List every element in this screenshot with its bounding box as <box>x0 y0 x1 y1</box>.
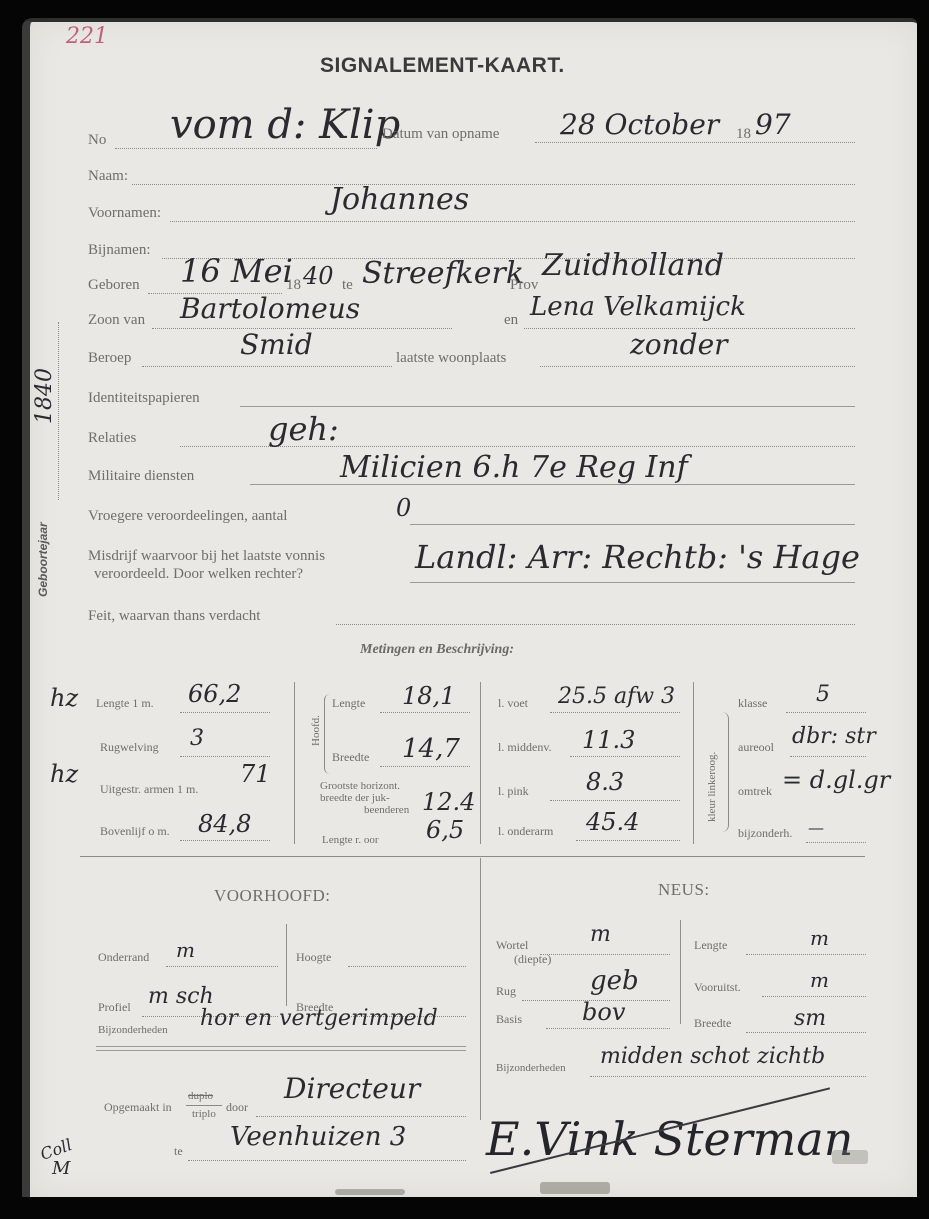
ink-smudge <box>335 1189 405 1195</box>
hoofd-label: Hoofd. <box>310 715 322 746</box>
footer-te-label: te <box>174 1144 183 1159</box>
year-prefix: 18 <box>736 126 751 143</box>
bovenlijf-line <box>180 840 270 841</box>
door-label: door <box>226 1100 248 1115</box>
neus-lengte-value: m <box>810 926 829 950</box>
woonplaats-line <box>540 366 855 367</box>
middenv-value: 11.3 <box>582 726 635 754</box>
neus-heading: NEUS: <box>658 880 710 900</box>
klasse-label: klasse <box>738 696 767 711</box>
duplo-label: duplo <box>188 1090 213 1102</box>
triplo-label: triplo <box>192 1108 216 1120</box>
geboren-day: 16 Mei <box>180 252 293 290</box>
pink-line <box>550 800 680 801</box>
woonplaats-label: laatste woonplaats <box>396 350 506 367</box>
omtrek-value: = d.gl.gr <box>782 766 890 794</box>
wortel-label: Wortel <box>496 938 528 953</box>
aureool-value: dbr: str <box>792 724 876 749</box>
corner-note-2: M <box>52 1158 70 1179</box>
omtrek-label: omtrek <box>738 784 772 799</box>
pink-value: 8.3 <box>586 768 624 796</box>
militaire-label: Militaire diensten <box>88 468 194 485</box>
woonplaats-value: zonder <box>630 328 728 361</box>
basis-line <box>546 1028 670 1029</box>
voorhoofd-bijzonderheden-label: Bijzonderheden <box>98 1024 168 1036</box>
hoofd-breedte-value: 14,7 <box>402 734 460 764</box>
lengte-mark: hz <box>50 684 78 712</box>
voornamen-value: Johannes <box>330 182 469 217</box>
no-label: No <box>88 132 106 149</box>
hoofd-breedte-line <box>380 766 470 767</box>
year-value: 97 <box>755 108 791 141</box>
identiteit-line <box>240 406 855 407</box>
neus-lengte-label: Lengte <box>694 938 727 953</box>
catalog-number: 221 <box>66 24 108 49</box>
rug-label: Rug <box>496 984 516 999</box>
onderrand-line <box>166 966 278 967</box>
hoofd-breedte-label: Breedte <box>332 750 369 765</box>
beroep-line <box>142 366 392 367</box>
mother-name: Lena Velkamijck <box>530 292 746 322</box>
oor-value: 6,5 <box>426 816 464 844</box>
neus-lengte-line <box>746 954 866 955</box>
voornamen-line <box>170 221 855 222</box>
signalement-card: 221 SIGNALEMENT-KAART. No vom d: Klip Da… <box>22 18 917 1197</box>
pink-label: l. pink <box>498 784 529 799</box>
militaire-value: Milicien 6.h 7e Reg Inf <box>340 450 688 485</box>
door-value: Directeur <box>284 1072 420 1105</box>
metingen-heading: Metingen en Beschrijving: <box>360 642 514 658</box>
vroegere-value: 0 <box>396 494 411 522</box>
rugwelving-line <box>180 756 270 757</box>
neus-bijzonderheden-value: midden schot zichtb <box>600 1044 825 1069</box>
geboren-label: Geboren <box>88 277 140 294</box>
misdrijf-value: Landl: Arr: Rechtb: 's Hage <box>415 538 860 576</box>
voet-label: l. voet <box>498 696 528 711</box>
metingen-divider-1 <box>294 682 295 844</box>
lengte-value: 66,2 <box>188 680 241 708</box>
father-name: Bartolomeus <box>180 292 360 325</box>
vroegere-line <box>410 524 855 525</box>
voorhoofd-rule-2 <box>96 1050 466 1051</box>
beroep-value: Smid <box>240 328 313 361</box>
bijzonderh-label: bijzonderh. <box>738 826 792 841</box>
bijnamen-label: Bijnamen: <box>88 242 151 259</box>
voorhoofd-inner-divider <box>286 924 287 1006</box>
wortel-line <box>540 954 670 955</box>
bijzonderh-value: — <box>808 818 824 837</box>
juk-label-1: Grootste horizont. <box>320 780 400 792</box>
feit-label: Feit, waarvan thans verdacht <box>88 608 260 625</box>
juk-value: 12.4 <box>422 788 475 816</box>
neus-bijzonderheden-line <box>590 1076 866 1077</box>
opgemaakt-label: Opgemaakt in <box>104 1100 172 1115</box>
datum-line <box>535 142 855 143</box>
datum-label: Datum van opname <box>382 126 499 143</box>
voorhoofd-heading: VOORHOOFD: <box>214 886 330 906</box>
onderrand-label: Onderrand <box>98 950 149 965</box>
hoogte-line <box>348 966 466 967</box>
neus-breedte-value: sm <box>794 1006 826 1031</box>
voet-line <box>550 712 680 713</box>
armen-label: Uitgestr. armen 1 m. <box>100 782 198 797</box>
kleur-label: kleur linkeroog. <box>706 752 718 822</box>
basis-label: Basis <box>496 1012 522 1027</box>
naam-label: Naam: <box>88 168 128 185</box>
feit-line <box>336 624 855 625</box>
basis-value: bov <box>582 998 625 1026</box>
bijzonderh-line <box>806 842 866 843</box>
geboren-year: 40 <box>303 262 334 290</box>
card-title: SIGNALEMENT-KAART. <box>320 54 565 78</box>
hoofd-lengte-label: Lengte <box>332 696 365 711</box>
beroep-label: Beroep <box>88 350 131 367</box>
misdrijf-line <box>410 582 855 583</box>
neus-inner-divider <box>680 920 681 1024</box>
hoogte-label: Hoogte <box>296 950 331 965</box>
naam-line <box>132 184 855 185</box>
door-line <box>256 1116 466 1117</box>
ink-smudge <box>832 1150 868 1164</box>
hoofd-brace <box>324 694 331 774</box>
armen-mark: hz <box>50 760 78 788</box>
juk-label-2: breedte der juk- <box>320 792 390 804</box>
datum-value: 28 October <box>560 108 719 141</box>
no-line <box>115 148 377 149</box>
juk-label-3: beenderen <box>364 804 409 816</box>
kleur-brace <box>722 712 729 832</box>
duplo-triplo-rule <box>186 1105 222 1106</box>
footer-te-line <box>188 1160 466 1161</box>
middenv-line <box>570 756 680 757</box>
misdrijf-label-1: Misdrijf waarvoor bij het laatste vonnis <box>88 548 325 565</box>
voorhoofd-neus-divider <box>480 858 481 1120</box>
rugwelving-label: Rugwelving <box>100 740 159 755</box>
footer-te-value: Veenhuizen 3 <box>230 1122 406 1152</box>
voornamen-label: Voornamen: <box>88 205 161 222</box>
signature: E.Vink Sterman <box>486 1112 853 1166</box>
misdrijf-label-2: veroordeeld. Door welken rechter? <box>94 566 303 583</box>
en-label: en <box>504 312 518 329</box>
geboren-place: Streefkerk <box>362 256 524 291</box>
onderarm-value: 45.4 <box>586 808 639 836</box>
rugwelving-value: 3 <box>190 726 204 751</box>
klasse-line <box>786 712 866 713</box>
lengte-line <box>180 712 270 713</box>
onderarm-label: l. onderarm <box>498 824 553 839</box>
armen-value: 71 <box>240 760 271 788</box>
relaties-label: Relaties <box>88 430 136 447</box>
bovenlijf-value: 84,8 <box>198 810 251 838</box>
zoon-van-label: Zoon van <box>88 312 145 329</box>
vooruitst-value: m <box>810 968 829 992</box>
hoofd-lengte-value: 18,1 <box>402 682 455 710</box>
geboren-prov: Zuidholland <box>542 248 724 283</box>
neus-bijzonderheden-label: Bijzonderheden <box>496 1062 566 1074</box>
vooruitst-line <box>762 996 866 997</box>
neus-breedte-label: Breedte <box>694 1016 731 1031</box>
metingen-divider-2 <box>480 682 481 844</box>
voorhoofd-bijzonderheden-value: hor en vertgerimpeld <box>200 1006 438 1031</box>
vroegere-label: Vroegere veroordeelingen, aantal <box>88 508 287 525</box>
klasse-value: 5 <box>816 682 830 707</box>
ink-smudge <box>540 1182 610 1194</box>
no-value: vom d: Klip <box>170 102 400 148</box>
middenv-label: l. middenv. <box>498 740 552 755</box>
profiel-label: Profiel <box>98 1000 131 1015</box>
bovenlijf-label: Bovenlijf o m. <box>100 824 170 839</box>
relaties-value: geh: <box>268 410 339 448</box>
geboortejaar-value: 1840 <box>32 368 57 424</box>
onderarm-line <box>576 840 680 841</box>
rug-value: geb <box>590 966 639 996</box>
voorhoofd-rule-1 <box>96 1046 466 1047</box>
lengte-label: Lengte 1 m. <box>96 696 154 711</box>
voet-value: 25.5 afw 3 <box>558 684 675 709</box>
aureool-line <box>790 756 866 757</box>
oor-label: Lengte r. oor <box>322 834 379 846</box>
vooruitst-label: Vooruitst. <box>694 980 741 995</box>
metingen-bottom-rule <box>80 856 865 857</box>
onderrand-value: m <box>176 938 195 962</box>
aureool-label: aureool <box>738 740 774 755</box>
wortel-value: m <box>590 922 611 947</box>
neus-breedte-line <box>746 1032 866 1033</box>
hoofd-lengte-line <box>380 712 470 713</box>
metingen-divider-3 <box>693 682 694 844</box>
geboortejaar-line <box>58 322 59 500</box>
geboortejaar-label: Geboortejaar <box>36 522 50 597</box>
identiteit-label: Identiteitspapieren <box>88 390 200 407</box>
